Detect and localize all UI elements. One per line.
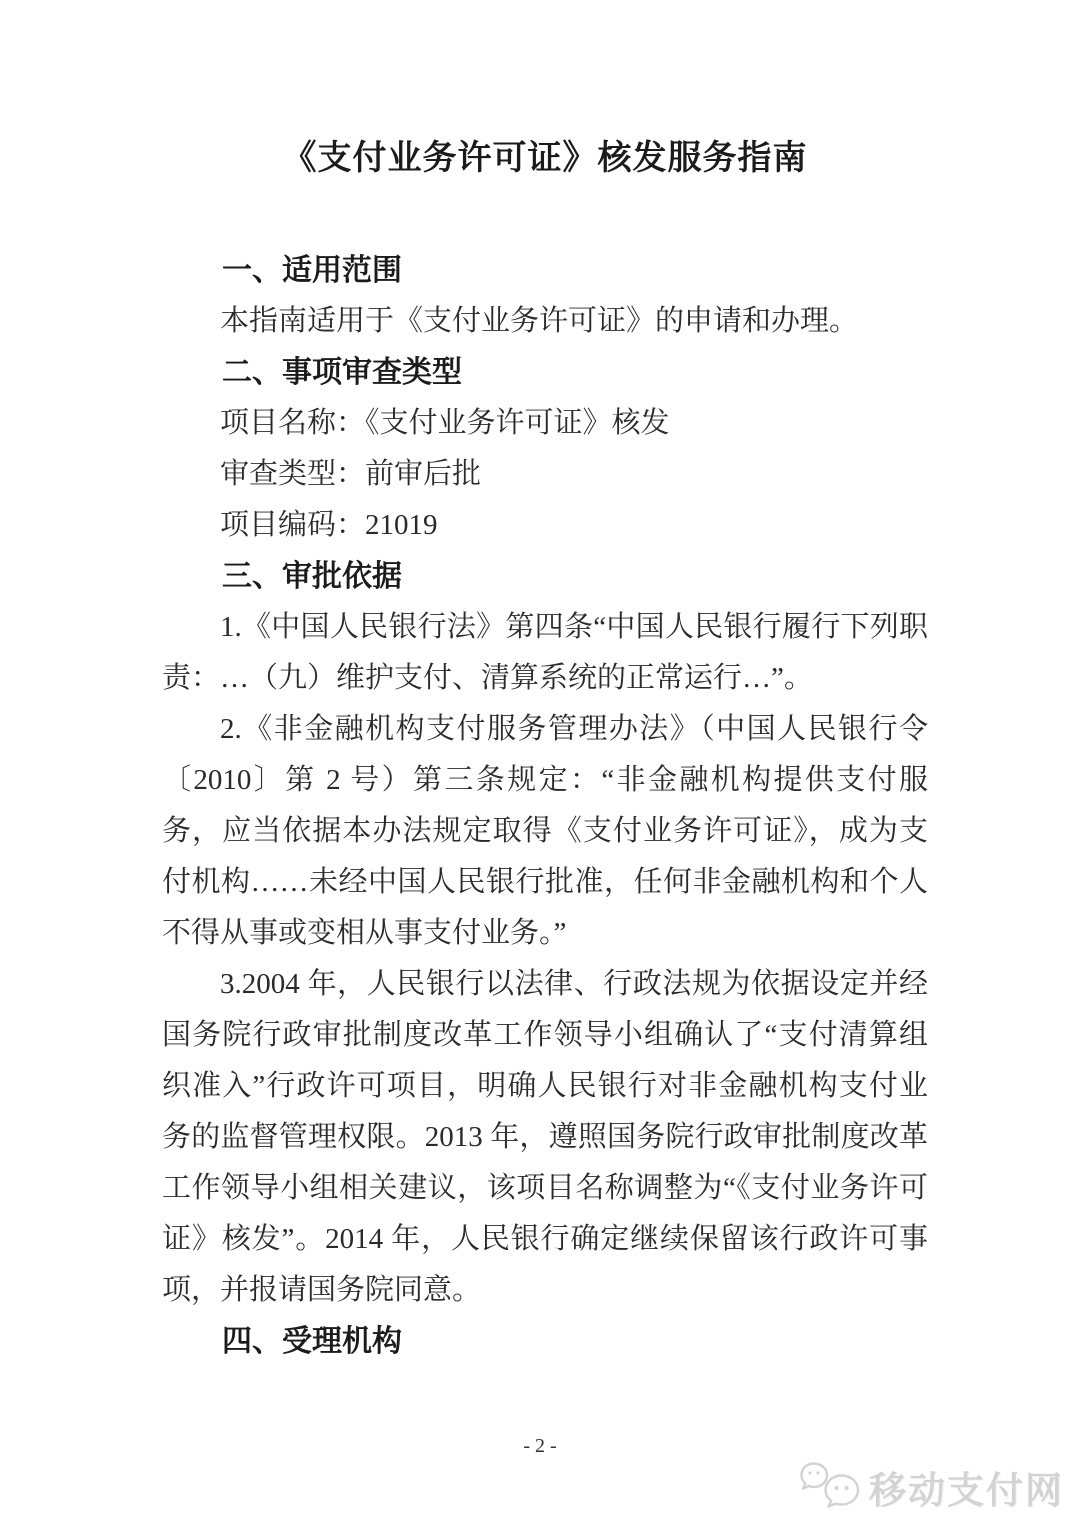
paragraph-basis-3: 3.2004 年，人民银行以法律、行政法规为依据设定并经国务院行政审批制度改革工… [162, 959, 928, 1316]
wechat-icon [799, 1461, 861, 1514]
document-page: 《支付业务许可证》核发服务指南 一、适用范围 本指南适用于《支付业务许可证》的申… [0, 0, 1080, 1528]
paragraph-project-name: 项目名称：《支付业务许可证》核发 [162, 398, 928, 449]
paragraph-review-type: 审查类型：前审后批 [162, 449, 928, 500]
paragraph-scope: 本指南适用于《支付业务许可证》的申请和办理。 [162, 296, 928, 347]
watermark-text: 移动支付网 [869, 1460, 1064, 1514]
section-heading-approval-basis: 三、审批依据 [162, 551, 928, 602]
paragraph-basis-2: 2.《非金融机构支付服务管理办法》（中国人民银行令〔2010〕第 2 号）第三条… [162, 704, 928, 959]
watermark: 移动支付网 [799, 1460, 1064, 1514]
section-heading-review-type: 二、事项审查类型 [162, 347, 928, 398]
page-number: - 2 - [0, 1435, 1080, 1458]
paragraph-project-code: 项目编码：21019 [162, 500, 928, 551]
document-content: 《支付业务许可证》核发服务指南 一、适用范围 本指南适用于《支付业务许可证》的申… [162, 132, 928, 1367]
page-title: 《支付业务许可证》核发服务指南 [162, 132, 928, 184]
section-heading-scope: 一、适用范围 [162, 245, 928, 296]
paragraph-basis-1: 1.《中国人民银行法》第四条“中国人民银行履行下列职责：…（九）维护支付、清算系… [162, 602, 928, 704]
section-heading-accepting-agency: 四、受理机构 [162, 1316, 928, 1367]
